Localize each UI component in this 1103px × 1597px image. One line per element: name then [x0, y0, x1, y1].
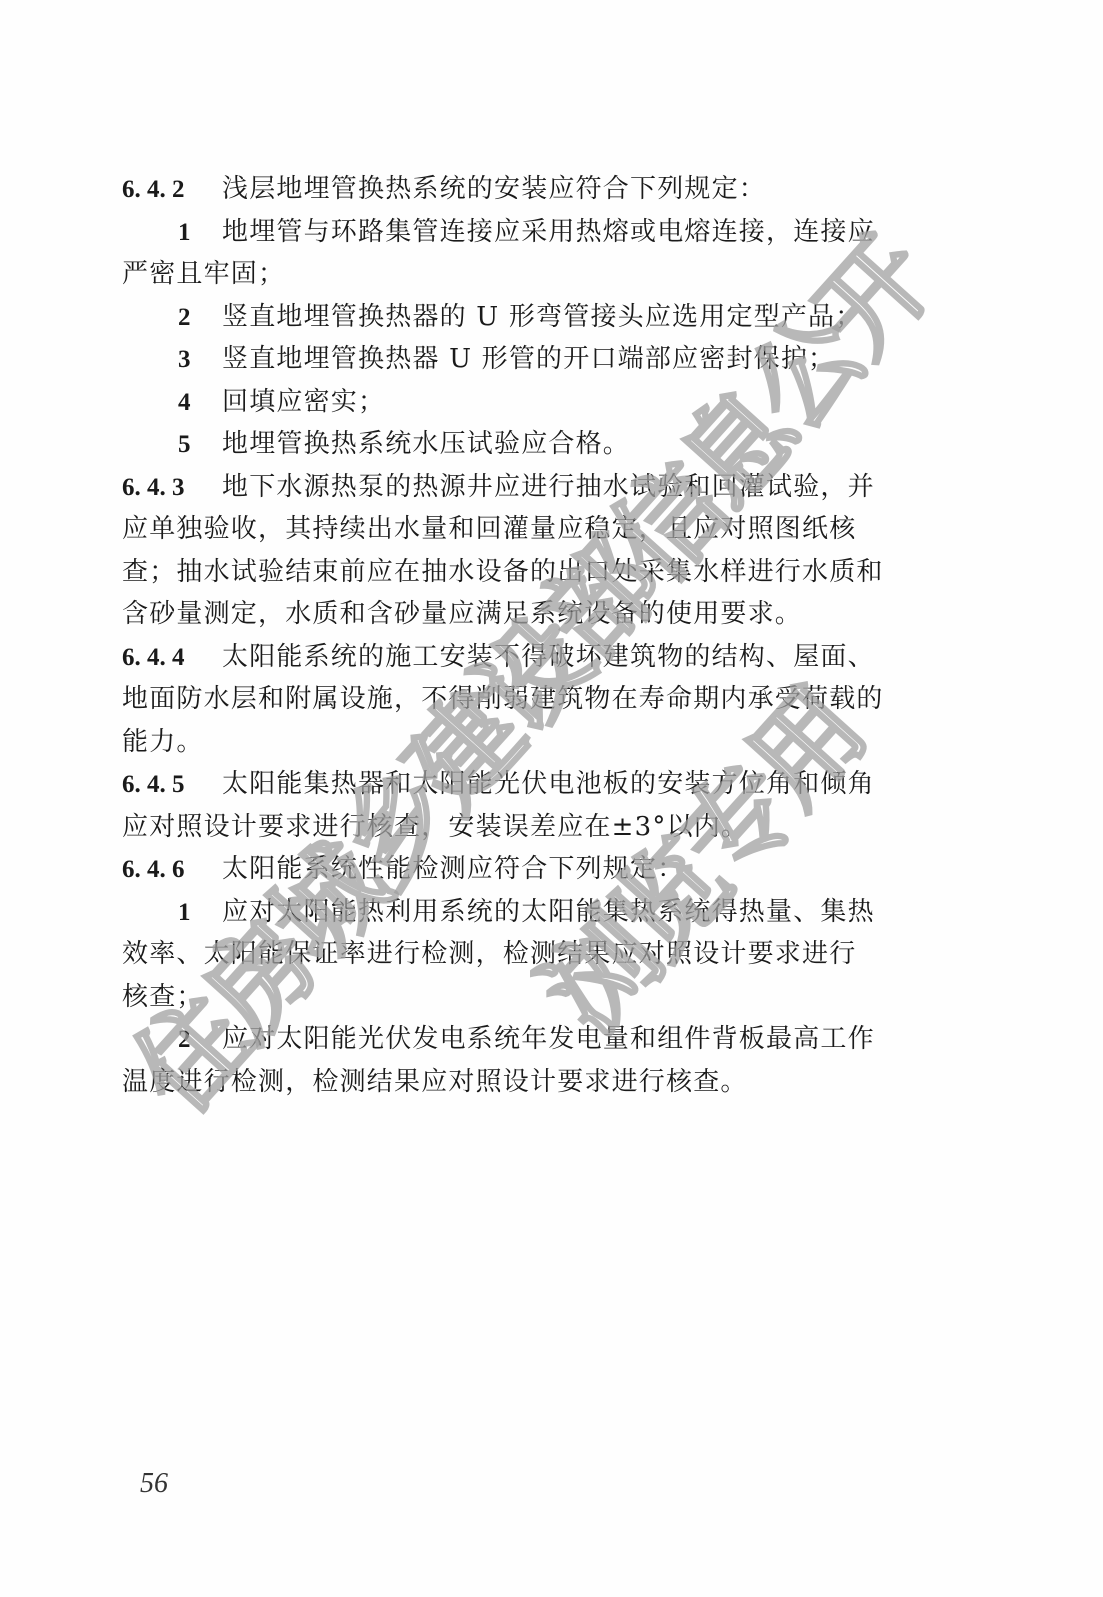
clause-6-4-2: 6. 4. 2浅层地埋管换热系统的安装应符合下列规定： [122, 168, 922, 211]
continuation-line: 效率、太阳能保证率进行检测，检测结果应对照设计要求进行 [122, 933, 922, 976]
clause-number: 6. 4. 5 [122, 764, 222, 807]
item-text: 回填应密实； [222, 387, 385, 417]
item-number: 4 [178, 382, 222, 425]
list-item: 3竖直地埋管换热器 U 形管的开口端部应密封保护； [122, 338, 922, 381]
clause-number: 6. 4. 4 [122, 637, 222, 680]
item-number: 1 [178, 212, 222, 255]
item-text: 核查； [122, 982, 204, 1012]
clause-text: 太阳能系统的施工安装不得破坏建筑物的结构、屋面、 [222, 642, 875, 672]
continuation-line: 能力。 [122, 721, 922, 764]
item-text: 温度进行检测，检测结果应对照设计要求进行核查。 [122, 1067, 748, 1097]
item-text: 效率、太阳能保证率进行检测，检测结果应对照设计要求进行 [122, 939, 856, 969]
clause-text: 太阳能系统性能检测应符合下列规定： [222, 854, 684, 884]
clause-text: 应对照设计要求进行核查，安装误差应在±3°以内。 [122, 812, 748, 842]
clause-6-4-5: 6. 4. 5太阳能集热器和太阳能光伏电池板的安装方位角和倾角 [122, 763, 922, 806]
item-text: 地埋管换热系统水压试验应合格。 [222, 429, 630, 459]
clause-number: 6. 4. 6 [122, 849, 222, 892]
clause-6-4-6: 6. 4. 6太阳能系统性能检测应符合下列规定： [122, 848, 922, 891]
clause-text: 含砂量测定，水质和含砂量应满足系统设备的使用要求。 [122, 599, 802, 629]
item-text: 地埋管与环路集管连接应采用热熔或电熔连接，连接应 [222, 217, 875, 247]
continuation-line: 查；抽水试验结束前应在抽水设备的出口处采集水样进行水质和 [122, 551, 922, 594]
item-text: 严密且牢固； [122, 259, 285, 289]
item-number: 3 [178, 339, 222, 382]
continuation-line: 应对照设计要求进行核查，安装误差应在±3°以内。 [122, 806, 922, 849]
list-item: 2应对太阳能光伏发电系统年发电量和组件背板最高工作 [122, 1018, 922, 1061]
list-item: 5地埋管换热系统水压试验应合格。 [122, 423, 922, 466]
clause-text: 地面防水层和附属设施，不得削弱建筑物在寿命期内承受荷载的 [122, 684, 884, 714]
page-number: 56 [140, 1468, 168, 1500]
clause-6-4-4: 6. 4. 4太阳能系统的施工安装不得破坏建筑物的结构、屋面、 [122, 636, 922, 679]
item-text: 应对太阳能热利用系统的太阳能集热系统得热量、集热 [222, 897, 875, 927]
continuation-line: 温度进行检测，检测结果应对照设计要求进行核查。 [122, 1061, 922, 1104]
item-number: 1 [178, 892, 222, 935]
item-number: 2 [178, 297, 222, 340]
document-page: 6. 4. 2浅层地埋管换热系统的安装应符合下列规定： 1地埋管与环路集管连接应… [0, 0, 1103, 1597]
clause-number: 6. 4. 2 [122, 169, 222, 212]
clause-6-4-3: 6. 4. 3地下水源热泵的热源井应进行抽水试验和回灌试验，并 [122, 466, 922, 509]
list-item: 2竖直地埋管换热器的 U 形弯管接头应选用定型产品； [122, 296, 922, 339]
item-number: 2 [178, 1019, 222, 1062]
list-item: 1地埋管与环路集管连接应采用热熔或电熔连接，连接应 [122, 211, 922, 254]
continuation-line: 含砂量测定，水质和含砂量应满足系统设备的使用要求。 [122, 593, 922, 636]
list-item: 1应对太阳能热利用系统的太阳能集热系统得热量、集热 [122, 891, 922, 934]
item-number: 5 [178, 424, 222, 467]
continuation-line: 应单独验收，其持续出水量和回灌量应稳定，且应对照图纸核 [122, 508, 922, 551]
item-text: 应对太阳能光伏发电系统年发电量和组件背板最高工作 [222, 1024, 875, 1054]
clause-number: 6. 4. 3 [122, 467, 222, 510]
item-text: 竖直地埋管换热器 U 形管的开口端部应密封保护； [222, 344, 835, 374]
clause-text: 太阳能集热器和太阳能光伏电池板的安装方位角和倾角 [222, 769, 875, 799]
clause-text: 地下水源热泵的热源井应进行抽水试验和回灌试验，并 [222, 472, 875, 502]
item-text: 竖直地埋管换热器的 U 形弯管接头应选用定型产品； [222, 302, 862, 332]
continuation-line: 核查； [122, 976, 922, 1019]
clause-text: 查；抽水试验结束前应在抽水设备的出口处采集水样进行水质和 [122, 557, 884, 587]
clause-text: 浅层地埋管换热系统的安装应符合下列规定： [222, 174, 766, 204]
list-item: 4回填应密实； [122, 381, 922, 424]
page-body: 6. 4. 2浅层地埋管换热系统的安装应符合下列规定： 1地埋管与环路集管连接应… [122, 168, 922, 1103]
continuation-line: 地面防水层和附属设施，不得削弱建筑物在寿命期内承受荷载的 [122, 678, 922, 721]
clause-text: 应单独验收，其持续出水量和回灌量应稳定，且应对照图纸核 [122, 514, 856, 544]
clause-text: 能力。 [122, 727, 204, 757]
continuation-line: 严密且牢固； [122, 253, 922, 296]
